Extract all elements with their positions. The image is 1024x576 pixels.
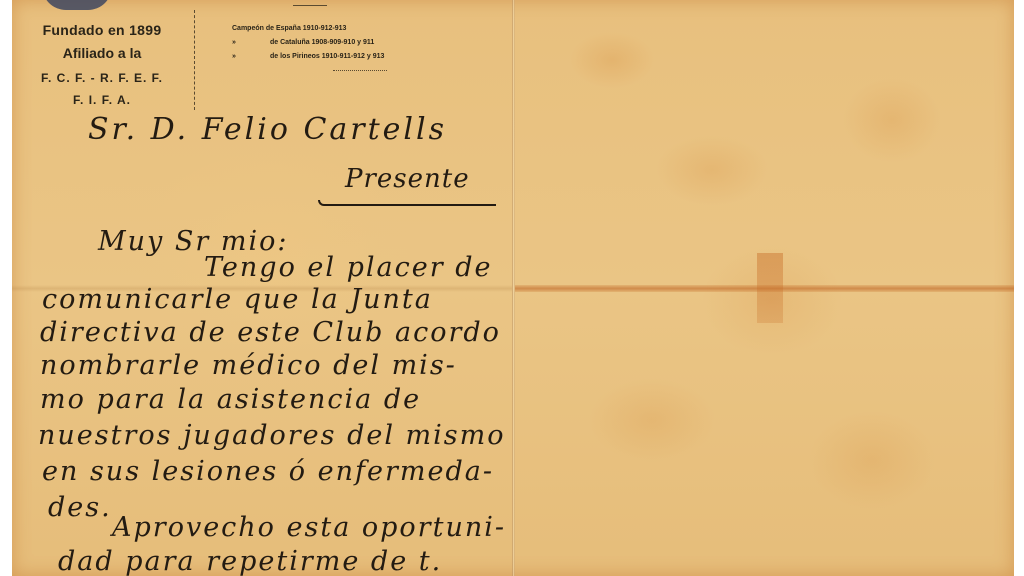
fifa-text: F. I. F. A. (12, 90, 192, 110)
affiliated-text: Afiliado a la (12, 40, 192, 66)
title-row: Campeón de España 1910-912-913 (232, 22, 384, 36)
body-line: nuestros jugadores del mismo (38, 420, 506, 451)
titles-rule-top (293, 5, 327, 6)
body-line: nombrarle médico del mis- (40, 350, 457, 381)
body-line: dad para repetirme de t. (58, 546, 442, 576)
federations-text: F. C. F. - R. F. E. F. (12, 68, 192, 88)
presente-underline (318, 200, 496, 206)
body-line: des. (48, 492, 112, 523)
body-line: mo para la asistencia de (40, 384, 421, 415)
ditto-mark: » (232, 50, 270, 64)
body-line: en sus lesiones ó enfermeda- (42, 456, 494, 487)
letterhead-info: Fundado en 1899 Afiliado a la F. C. F. -… (12, 20, 192, 110)
ditto-mark: » (232, 36, 270, 50)
body-line: Tengo el placer de (204, 252, 492, 283)
addressee-presente: Presente (345, 164, 470, 194)
titles-rule-bottom (333, 70, 387, 72)
addressee-name: Sr. D. Felio Cartells (88, 112, 447, 147)
rust-stain (757, 253, 783, 323)
title-row: »de los Pirineos 1910-911-912 y 913 (232, 50, 384, 64)
body-line: Aprovecho esta oportuni- (112, 512, 506, 543)
letterhead-divider (194, 10, 196, 110)
body-line: directiva de este Club acordo (40, 317, 501, 348)
championship-titles: Campeón de España 1910-912-913 »de Catal… (232, 22, 384, 64)
body-line: comunicarle que la Junta (42, 284, 433, 315)
title-row: »de Cataluña 1908-909-910 y 911 (232, 36, 384, 50)
founded-text: Fundado en 1899 (12, 20, 192, 40)
